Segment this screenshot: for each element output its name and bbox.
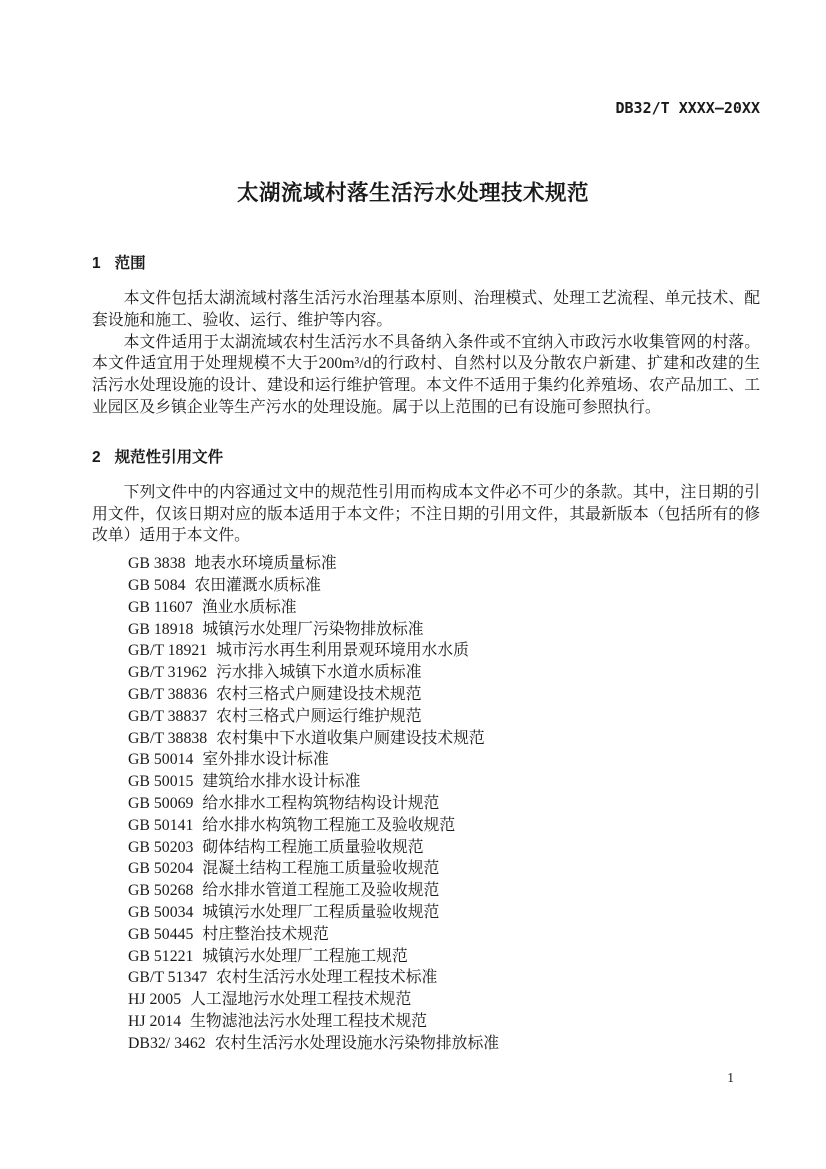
reference-code: GB 11607 — [128, 597, 193, 619]
reference-code: GB 50069 — [128, 793, 193, 815]
reference-code: GB 50015 — [128, 771, 193, 793]
reference-code: GB 51221 — [128, 946, 193, 968]
reference-item: GB 5084农田灌溉水质标准 — [128, 575, 760, 597]
reference-title: 人工湿地污水处理工程技术规范 — [190, 991, 411, 1008]
reference-item: GB 51221城镇污水处理厂工程施工规范 — [128, 946, 760, 968]
document-title: 太湖流域村落生活污水处理技术规范 — [0, 178, 826, 208]
reference-title: 给水排水工程构筑物结构设计规范 — [202, 795, 439, 812]
reference-code: GB 50445 — [128, 924, 193, 946]
section-1-paragraph-2: 本文件适用于太湖流域农村生活污水不具备纳入条件或不宜纳入市政污水收集管网的村落。… — [92, 332, 760, 419]
reference-title: 农村三格式户厕运行维护规范 — [216, 708, 421, 725]
reference-title: 地表水环境质量标准 — [195, 555, 337, 572]
reference-title: 室外排水设计标准 — [202, 751, 328, 768]
reference-code: GB/T 38837 — [128, 706, 207, 728]
reference-title: 给水排水构筑物工程施工及验收规范 — [202, 817, 455, 834]
reference-title: 村庄整治技术规范 — [202, 926, 328, 943]
reference-code: GB 3838 — [128, 553, 186, 575]
section-2-number: 2 — [92, 449, 101, 467]
reference-item: GB 50141给水排水构筑物工程施工及验收规范 — [128, 815, 760, 837]
reference-code: GB 18918 — [128, 619, 193, 641]
reference-code: GB 50268 — [128, 880, 193, 902]
reference-code: GB 50204 — [128, 858, 193, 880]
reference-item: GB/T 38836农村三格式户厕建设技术规范 — [128, 684, 760, 706]
reference-item: DB32/ 3462农村生活污水处理设施水污染物排放标准 — [128, 1033, 760, 1055]
reference-title: 城镇污水处理厂工程施工规范 — [202, 948, 407, 965]
reference-item: GB 50445村庄整治技术规范 — [128, 924, 760, 946]
reference-item: GB 11607渔业水质标准 — [128, 597, 760, 619]
reference-item: GB 50203砌体结构工程施工质量验收规范 — [128, 837, 760, 859]
reference-item: GB/T 38837农村三格式户厕运行维护规范 — [128, 706, 760, 728]
document-page: DB32/T XXXX—20XX 太湖流域村落生活污水处理技术规范 1范围 本文… — [0, 0, 826, 1169]
section-2-title: 规范性引用文件 — [115, 449, 224, 466]
reference-title: 混凝土结构工程施工质量验收规范 — [202, 860, 439, 877]
reference-item: GB 50015建筑给水排水设计标准 — [128, 771, 760, 793]
reference-code: GB/T 38836 — [128, 684, 207, 706]
reference-item: GB 18918城镇污水处理厂污染物排放标准 — [128, 619, 760, 641]
reference-code: GB 50141 — [128, 815, 193, 837]
reference-item: GB 50034城镇污水处理厂工程质量验收规范 — [128, 902, 760, 924]
references-list: GB 3838地表水环境质量标准GB 5084农田灌溉水质标准GB 11607渔… — [92, 553, 760, 1054]
reference-title: 城镇污水处理厂污染物排放标准 — [202, 621, 423, 638]
reference-code: DB32/ 3462 — [128, 1033, 206, 1055]
reference-code: GB 50014 — [128, 749, 193, 771]
page-number: 1 — [727, 1070, 734, 1086]
reference-code: GB/T 51347 — [128, 967, 207, 989]
reference-item: HJ 2005人工湿地污水处理工程技术规范 — [128, 989, 760, 1011]
reference-code: GB 50034 — [128, 902, 193, 924]
reference-item: HJ 2014生物滤池法污水处理工程技术规范 — [128, 1011, 760, 1033]
reference-title: 给水排水管道工程施工及验收规范 — [202, 882, 439, 899]
reference-item: GB 3838地表水环境质量标准 — [128, 553, 760, 575]
reference-title: 建筑给水排水设计标准 — [202, 773, 360, 790]
reference-item: GB 50268给水排水管道工程施工及验收规范 — [128, 880, 760, 902]
reference-code: HJ 2014 — [128, 1011, 181, 1033]
reference-item: GB 50014室外排水设计标准 — [128, 749, 760, 771]
reference-title: 农村生活污水处理工程技术标准 — [216, 969, 437, 986]
section-2-heading: 2规范性引用文件 — [92, 449, 760, 467]
reference-title: 城市污水再生利用景观环境用水水质 — [216, 642, 469, 659]
reference-title: 生物滤池法污水处理工程技术规范 — [190, 1013, 427, 1030]
reference-title: 砌体结构工程施工质量验收规范 — [202, 839, 423, 856]
reference-code: GB 50203 — [128, 837, 193, 859]
reference-title: 城镇污水处理厂工程质量验收规范 — [202, 904, 439, 921]
reference-item: GB/T 18921城市污水再生利用景观环境用水水质 — [128, 640, 760, 662]
page-content: 太湖流域村落生活污水处理技术规范 1范围 本文件包括太湖流域村落生活污水治理基本… — [92, 0, 760, 1055]
section-1-title: 范围 — [115, 255, 146, 272]
reference-item: GB 50069给水排水工程构筑物结构设计规范 — [128, 793, 760, 815]
section-1-number: 1 — [92, 255, 101, 273]
reference-item: GB/T 31962污水排入城镇下水道水质标准 — [128, 662, 760, 684]
reference-code: GB/T 18921 — [128, 640, 207, 662]
reference-item: GB/T 38838农村集中下水道收集户厕建设技术规范 — [128, 728, 760, 750]
reference-title: 农村三格式户厕建设技术规范 — [216, 686, 421, 703]
section-2-intro-paragraph: 下列文件中的内容通过文中的规范性引用而构成本文件必不可少的条款。其中，注日期的引… — [92, 482, 760, 547]
reference-title: 渔业水质标准 — [202, 599, 297, 616]
section-1-heading: 1范围 — [92, 255, 760, 273]
reference-code: GB/T 38838 — [128, 728, 207, 750]
reference-code: HJ 2005 — [128, 989, 181, 1011]
reference-title: 污水排入城镇下水道水质标准 — [216, 664, 421, 681]
reference-item: GB 50204混凝土结构工程施工质量验收规范 — [128, 858, 760, 880]
reference-title: 农田灌溉水质标准 — [195, 577, 321, 594]
reference-item: GB/T 51347农村生活污水处理工程技术标准 — [128, 967, 760, 989]
reference-code: GB/T 31962 — [128, 662, 207, 684]
reference-code: GB 5084 — [128, 575, 186, 597]
reference-title: 农村生活污水处理设施水污染物排放标准 — [215, 1035, 499, 1052]
section-1-paragraph-1: 本文件包括太湖流域村落生活污水治理基本原则、治理模式、处理工艺流程、单元技术、配… — [92, 288, 760, 332]
reference-title: 农村集中下水道收集户厕建设技术规范 — [216, 730, 485, 747]
